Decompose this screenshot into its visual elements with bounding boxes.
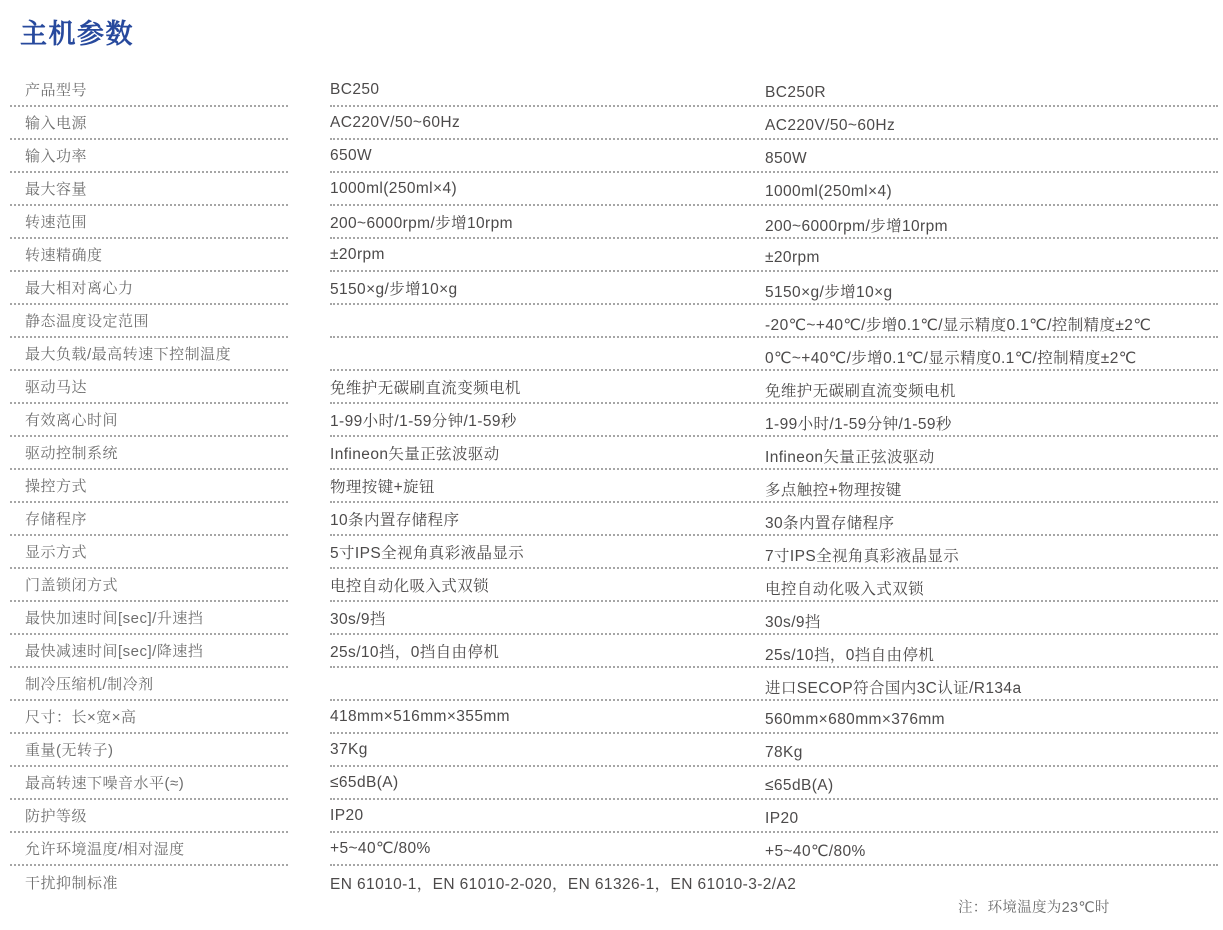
table-row: 最大容量1000ml(250ml×4)1000ml(250ml×4) (0, 173, 1223, 206)
spec-values: EN 61010-1，EN 61010-2-020，EN 61326-1，EN … (330, 866, 1218, 899)
spec-value-bc250r: -20℃~+40℃/步增0.1℃/显示精度0.1℃/控制精度±2℃ (765, 308, 1218, 339)
spec-values: 30s/9挡30s/9挡 (330, 602, 1218, 635)
table-row: 制冷压缩机/制冷剂进口SECOP符合国内3C认证/R134a (0, 668, 1223, 701)
spec-table: 产品型号BC250BC250R输入电源AC220V/50~60HzAC220V/… (0, 74, 1223, 899)
spec-value-bc250: 物理按键+旋钮 (330, 470, 765, 501)
spec-values: 25s/10挡，0挡自由停机25s/10挡，0挡自由停机 (330, 635, 1218, 668)
table-row: 静态温度设定范围-20℃~+40℃/步增0.1℃/显示精度0.1℃/控制精度±2… (0, 305, 1223, 338)
table-row: 存储程序10条内置存储程序30条内置存储程序 (0, 503, 1223, 536)
spec-values: 进口SECOP符合国内3C认证/R134a (330, 668, 1218, 701)
table-row: 防护等级IP20IP20 (0, 800, 1223, 833)
spec-value-bc250r: AC220V/50~60Hz (765, 110, 1218, 141)
spec-value-bc250r: 25s/10挡，0挡自由停机 (765, 638, 1218, 669)
page-title: 主机参数 (20, 12, 134, 51)
spec-value-bc250: 37Kg (330, 734, 765, 765)
table-row: 输入功率650W850W (0, 140, 1223, 173)
spec-label: 重量(无转子) (10, 734, 288, 767)
spec-values: 650W850W (330, 140, 1218, 173)
spec-value-bc250r: ≤65dB(A) (765, 770, 1218, 801)
table-row: 重量(无转子)37Kg78Kg (0, 734, 1223, 767)
spec-values: 物理按键+旋钮多点触控+物理按键 (330, 470, 1218, 503)
table-row: 最快加速时间[sec]/升速挡30s/9挡30s/9挡 (0, 602, 1223, 635)
table-row: 操控方式物理按键+旋钮多点触控+物理按键 (0, 470, 1223, 503)
spec-values: 0℃~+40℃/步增0.1℃/显示精度0.1℃/控制精度±2℃ (330, 338, 1218, 371)
spec-value-span: EN 61010-1，EN 61010-2-020，EN 61326-1，EN … (330, 866, 1218, 899)
table-row: 允许环境温度/相对湿度+5~40℃/80%+5~40℃/80% (0, 833, 1223, 866)
spec-value-bc250r: +5~40℃/80% (765, 836, 1218, 867)
spec-values: 1-99小时/1-59分钟/1-59秒1-99小时/1-59分钟/1-59秒 (330, 404, 1218, 437)
spec-values: 10条内置存储程序30条内置存储程序 (330, 503, 1218, 536)
spec-label: 存储程序 (10, 503, 288, 536)
spec-value-bc250: 1-99小时/1-59分钟/1-59秒 (330, 404, 765, 435)
spec-value-bc250: 5150×g/步增10×g (330, 272, 765, 303)
spec-values: IP20IP20 (330, 800, 1218, 833)
spec-value-bc250r: 1000ml(250ml×4) (765, 176, 1218, 207)
ambient-temperature-note: 注：环境温度为23℃时 (958, 896, 1110, 917)
spec-value-bc250r: 1-99小时/1-59分钟/1-59秒 (765, 407, 1218, 438)
spec-value-bc250: 30s/9挡 (330, 602, 765, 633)
table-row: 驱动控制系统Infineon矢量正弦波驱动Infineon矢量正弦波驱动 (0, 437, 1223, 470)
spec-label: 产品型号 (10, 74, 288, 107)
table-row: 产品型号BC250BC250R (0, 74, 1223, 107)
table-row: 最大相对离心力5150×g/步增10×g5150×g/步增10×g (0, 272, 1223, 305)
spec-values: -20℃~+40℃/步增0.1℃/显示精度0.1℃/控制精度±2℃ (330, 305, 1218, 338)
spec-value-bc250r: BC250R (765, 77, 1218, 108)
spec-value-bc250r: 30s/9挡 (765, 605, 1218, 636)
spec-value-bc250r: 多点触控+物理按键 (765, 473, 1218, 504)
table-row: 显示方式5寸IPS全视角真彩液晶显示7寸IPS全视角真彩液晶显示 (0, 536, 1223, 569)
spec-value-bc250: IP20 (330, 800, 765, 831)
spec-values: 1000ml(250ml×4)1000ml(250ml×4) (330, 173, 1218, 206)
spec-values: ≤65dB(A)≤65dB(A) (330, 767, 1218, 800)
spec-sheet-page: 主机参数 产品型号BC250BC250R输入电源AC220V/50~60HzAC… (0, 0, 1223, 930)
spec-value-bc250: ≤65dB(A) (330, 767, 765, 798)
spec-label: 驱动马达 (10, 371, 288, 404)
spec-value-bc250: 25s/10挡，0挡自由停机 (330, 635, 765, 666)
spec-values: 免维护无碳刷直流变频电机免维护无碳刷直流变频电机 (330, 371, 1218, 404)
table-row: 驱动马达免维护无碳刷直流变频电机免维护无碳刷直流变频电机 (0, 371, 1223, 404)
spec-value-bc250r: 电控自动化吸入式双锁 (765, 572, 1218, 603)
spec-label: 尺寸：长×宽×高 (10, 701, 288, 734)
spec-label: 驱动控制系统 (10, 437, 288, 470)
spec-value-bc250r: 200~6000rpm/步增10rpm (765, 209, 1218, 240)
spec-value-bc250 (330, 305, 765, 336)
spec-label: 制冷压缩机/制冷剂 (10, 668, 288, 701)
spec-label: 操控方式 (10, 470, 288, 503)
spec-label: 最大负载/最高转速下控制温度 (10, 338, 288, 371)
spec-value-bc250r: 免维护无碳刷直流变频电机 (765, 374, 1218, 405)
spec-label: 静态温度设定范围 (10, 305, 288, 338)
spec-value-bc250: 电控自动化吸入式双锁 (330, 569, 765, 600)
spec-values: 5150×g/步增10×g5150×g/步增10×g (330, 272, 1218, 305)
spec-value-bc250r: Infineon矢量正弦波驱动 (765, 440, 1218, 471)
spec-label: 最大容量 (10, 173, 288, 206)
spec-value-bc250: 免维护无碳刷直流变频电机 (330, 371, 765, 402)
table-row: 转速精确度±20rpm±20rpm (0, 239, 1223, 272)
spec-value-bc250: 200~6000rpm/步增10rpm (330, 206, 765, 237)
spec-value-bc250r: 560mm×680mm×376mm (765, 704, 1218, 735)
spec-label: 门盖锁闭方式 (10, 569, 288, 602)
spec-label: 输入功率 (10, 140, 288, 173)
table-row: 最大负载/最高转速下控制温度0℃~+40℃/步增0.1℃/显示精度0.1℃/控制… (0, 338, 1223, 371)
spec-value-bc250: 10条内置存储程序 (330, 503, 765, 534)
spec-values: +5~40℃/80%+5~40℃/80% (330, 833, 1218, 866)
spec-value-bc250r: ±20rpm (765, 242, 1218, 273)
spec-value-bc250: 650W (330, 140, 765, 171)
spec-value-bc250: AC220V/50~60Hz (330, 107, 765, 138)
spec-value-bc250: ±20rpm (330, 239, 765, 270)
spec-value-bc250r: 7寸IPS全视角真彩液晶显示 (765, 539, 1218, 570)
spec-label: 输入电源 (10, 107, 288, 140)
table-row: 输入电源AC220V/50~60HzAC220V/50~60Hz (0, 107, 1223, 140)
spec-label: 允许环境温度/相对湿度 (10, 833, 288, 866)
spec-value-bc250r: 进口SECOP符合国内3C认证/R134a (765, 671, 1218, 702)
spec-values: 200~6000rpm/步增10rpm200~6000rpm/步增10rpm (330, 206, 1218, 239)
spec-value-bc250 (330, 338, 765, 369)
spec-values: Infineon矢量正弦波驱动Infineon矢量正弦波驱动 (330, 437, 1218, 470)
spec-value-bc250r: 78Kg (765, 737, 1218, 768)
spec-values: ±20rpm±20rpm (330, 239, 1218, 272)
spec-value-bc250 (330, 668, 765, 699)
spec-value-bc250: 5寸IPS全视角真彩液晶显示 (330, 536, 765, 567)
spec-label: 最大相对离心力 (10, 272, 288, 305)
spec-value-bc250r: IP20 (765, 803, 1218, 834)
table-row: 门盖锁闭方式电控自动化吸入式双锁电控自动化吸入式双锁 (0, 569, 1223, 602)
spec-values: AC220V/50~60HzAC220V/50~60Hz (330, 107, 1218, 140)
spec-label: 干扰抑制标准 (10, 866, 288, 899)
table-row: 最快减速时间[sec]/降速挡25s/10挡，0挡自由停机25s/10挡，0挡自… (0, 635, 1223, 668)
spec-values: 电控自动化吸入式双锁电控自动化吸入式双锁 (330, 569, 1218, 602)
spec-label: 最快减速时间[sec]/降速挡 (10, 635, 288, 668)
spec-label: 最高转速下噪音水平(≈) (10, 767, 288, 800)
spec-value-bc250: 418mm×516mm×355mm (330, 701, 765, 732)
spec-values: 5寸IPS全视角真彩液晶显示7寸IPS全视角真彩液晶显示 (330, 536, 1218, 569)
spec-value-bc250r: 0℃~+40℃/步增0.1℃/显示精度0.1℃/控制精度±2℃ (765, 341, 1218, 372)
table-row: 有效离心时间1-99小时/1-59分钟/1-59秒1-99小时/1-59分钟/1… (0, 404, 1223, 437)
spec-label: 有效离心时间 (10, 404, 288, 437)
spec-value-bc250: BC250 (330, 74, 765, 105)
spec-values: BC250BC250R (330, 74, 1218, 107)
spec-value-bc250: 1000ml(250ml×4) (330, 173, 765, 204)
spec-label: 显示方式 (10, 536, 288, 569)
spec-values: 418mm×516mm×355mm560mm×680mm×376mm (330, 701, 1218, 734)
spec-label: 防护等级 (10, 800, 288, 833)
table-row: 转速范围200~6000rpm/步增10rpm200~6000rpm/步增10r… (0, 206, 1223, 239)
table-row: 尺寸：长×宽×高418mm×516mm×355mm560mm×680mm×376… (0, 701, 1223, 734)
spec-label: 最快加速时间[sec]/升速挡 (10, 602, 288, 635)
spec-value-bc250r: 850W (765, 143, 1218, 174)
table-row: 干扰抑制标准EN 61010-1，EN 61010-2-020，EN 61326… (0, 866, 1223, 899)
spec-value-bc250: Infineon矢量正弦波驱动 (330, 437, 765, 468)
spec-value-bc250: +5~40℃/80% (330, 833, 765, 864)
table-row: 最高转速下噪音水平(≈)≤65dB(A)≤65dB(A) (0, 767, 1223, 800)
spec-label: 转速范围 (10, 206, 288, 239)
spec-value-bc250r: 30条内置存储程序 (765, 506, 1218, 537)
spec-label: 转速精确度 (10, 239, 288, 272)
spec-values: 37Kg78Kg (330, 734, 1218, 767)
spec-value-bc250r: 5150×g/步增10×g (765, 275, 1218, 306)
